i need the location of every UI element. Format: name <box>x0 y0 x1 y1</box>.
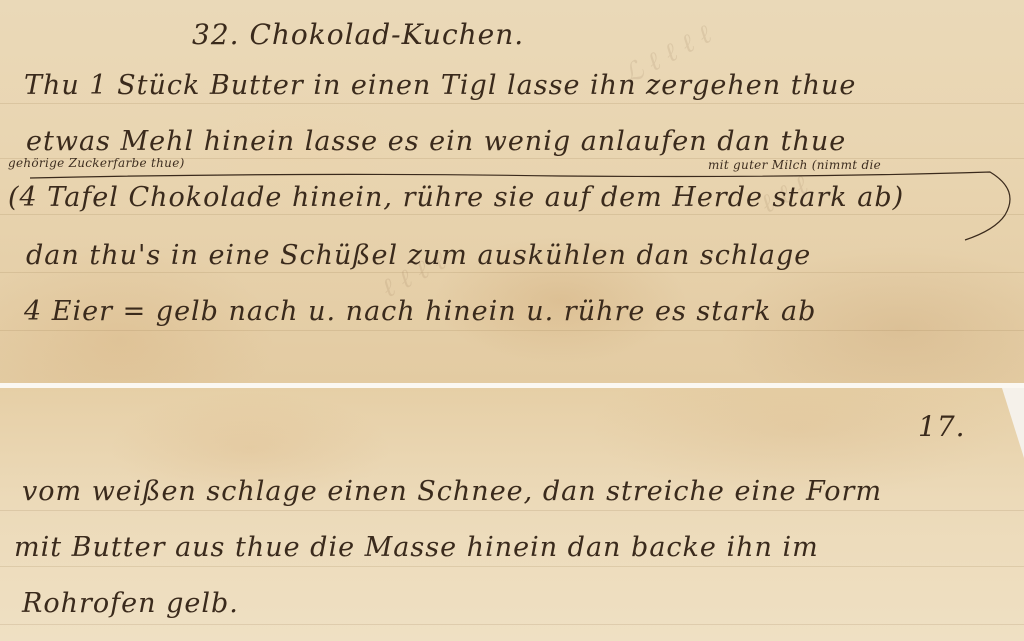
text-line-6: vom weißen schlage einen Schnee, dan str… <box>22 476 882 507</box>
text-line-1: Thu 1 Stück Butter in einen Tigl lasse i… <box>24 70 856 101</box>
recipe-title: Chokolad-Kuchen. <box>249 18 524 51</box>
ruled-line <box>0 214 1024 215</box>
page-number: 17. <box>918 410 966 443</box>
text-line-3: (4 Tafel Chokolade hinein, rühre sie auf… <box>8 182 904 213</box>
ruled-line <box>0 103 1024 104</box>
ruled-line <box>0 566 1024 567</box>
ruled-line <box>0 624 1024 625</box>
recipe-heading: 32. Chokolad-Kuchen. <box>192 18 524 51</box>
recipe-number: 32. <box>192 18 240 51</box>
text-line-8: Rohrofen gelb. <box>22 588 239 619</box>
text-line-4: dan thu's in eine Schüßel zum auskühlen … <box>26 240 811 271</box>
ruled-line <box>0 510 1024 511</box>
text-line-5: 4 Eier = gelb nach u. nach hinein u. rüh… <box>24 296 816 327</box>
marginal-annotation-left: gehörige Zuckerfarbe thue) <box>8 156 185 170</box>
ruled-line <box>0 272 1024 273</box>
document-viewer: ℒ ℓ ℓ ℓ ℓ ℓ ℓ ℓ ℓ ℓ ℓ ℓ 32. Chokolad-Kuc… <box>0 0 1024 641</box>
ruled-line <box>0 330 1024 331</box>
marginal-annotation-right: mit guter Milch (nimmt die <box>708 158 881 172</box>
text-line-2: etwas Mehl hinein lasse es ein wenig anl… <box>26 126 846 157</box>
text-line-7: mit Butter aus thue die Masse hinein dan… <box>14 532 819 563</box>
manuscript-page-top: ℒ ℓ ℓ ℓ ℓ ℓ ℓ ℓ ℓ ℓ ℓ ℓ 32. Chokolad-Kuc… <box>0 0 1024 383</box>
manuscript-page-bottom: 17. vom weißen schlage einen Schnee, dan… <box>0 388 1024 641</box>
